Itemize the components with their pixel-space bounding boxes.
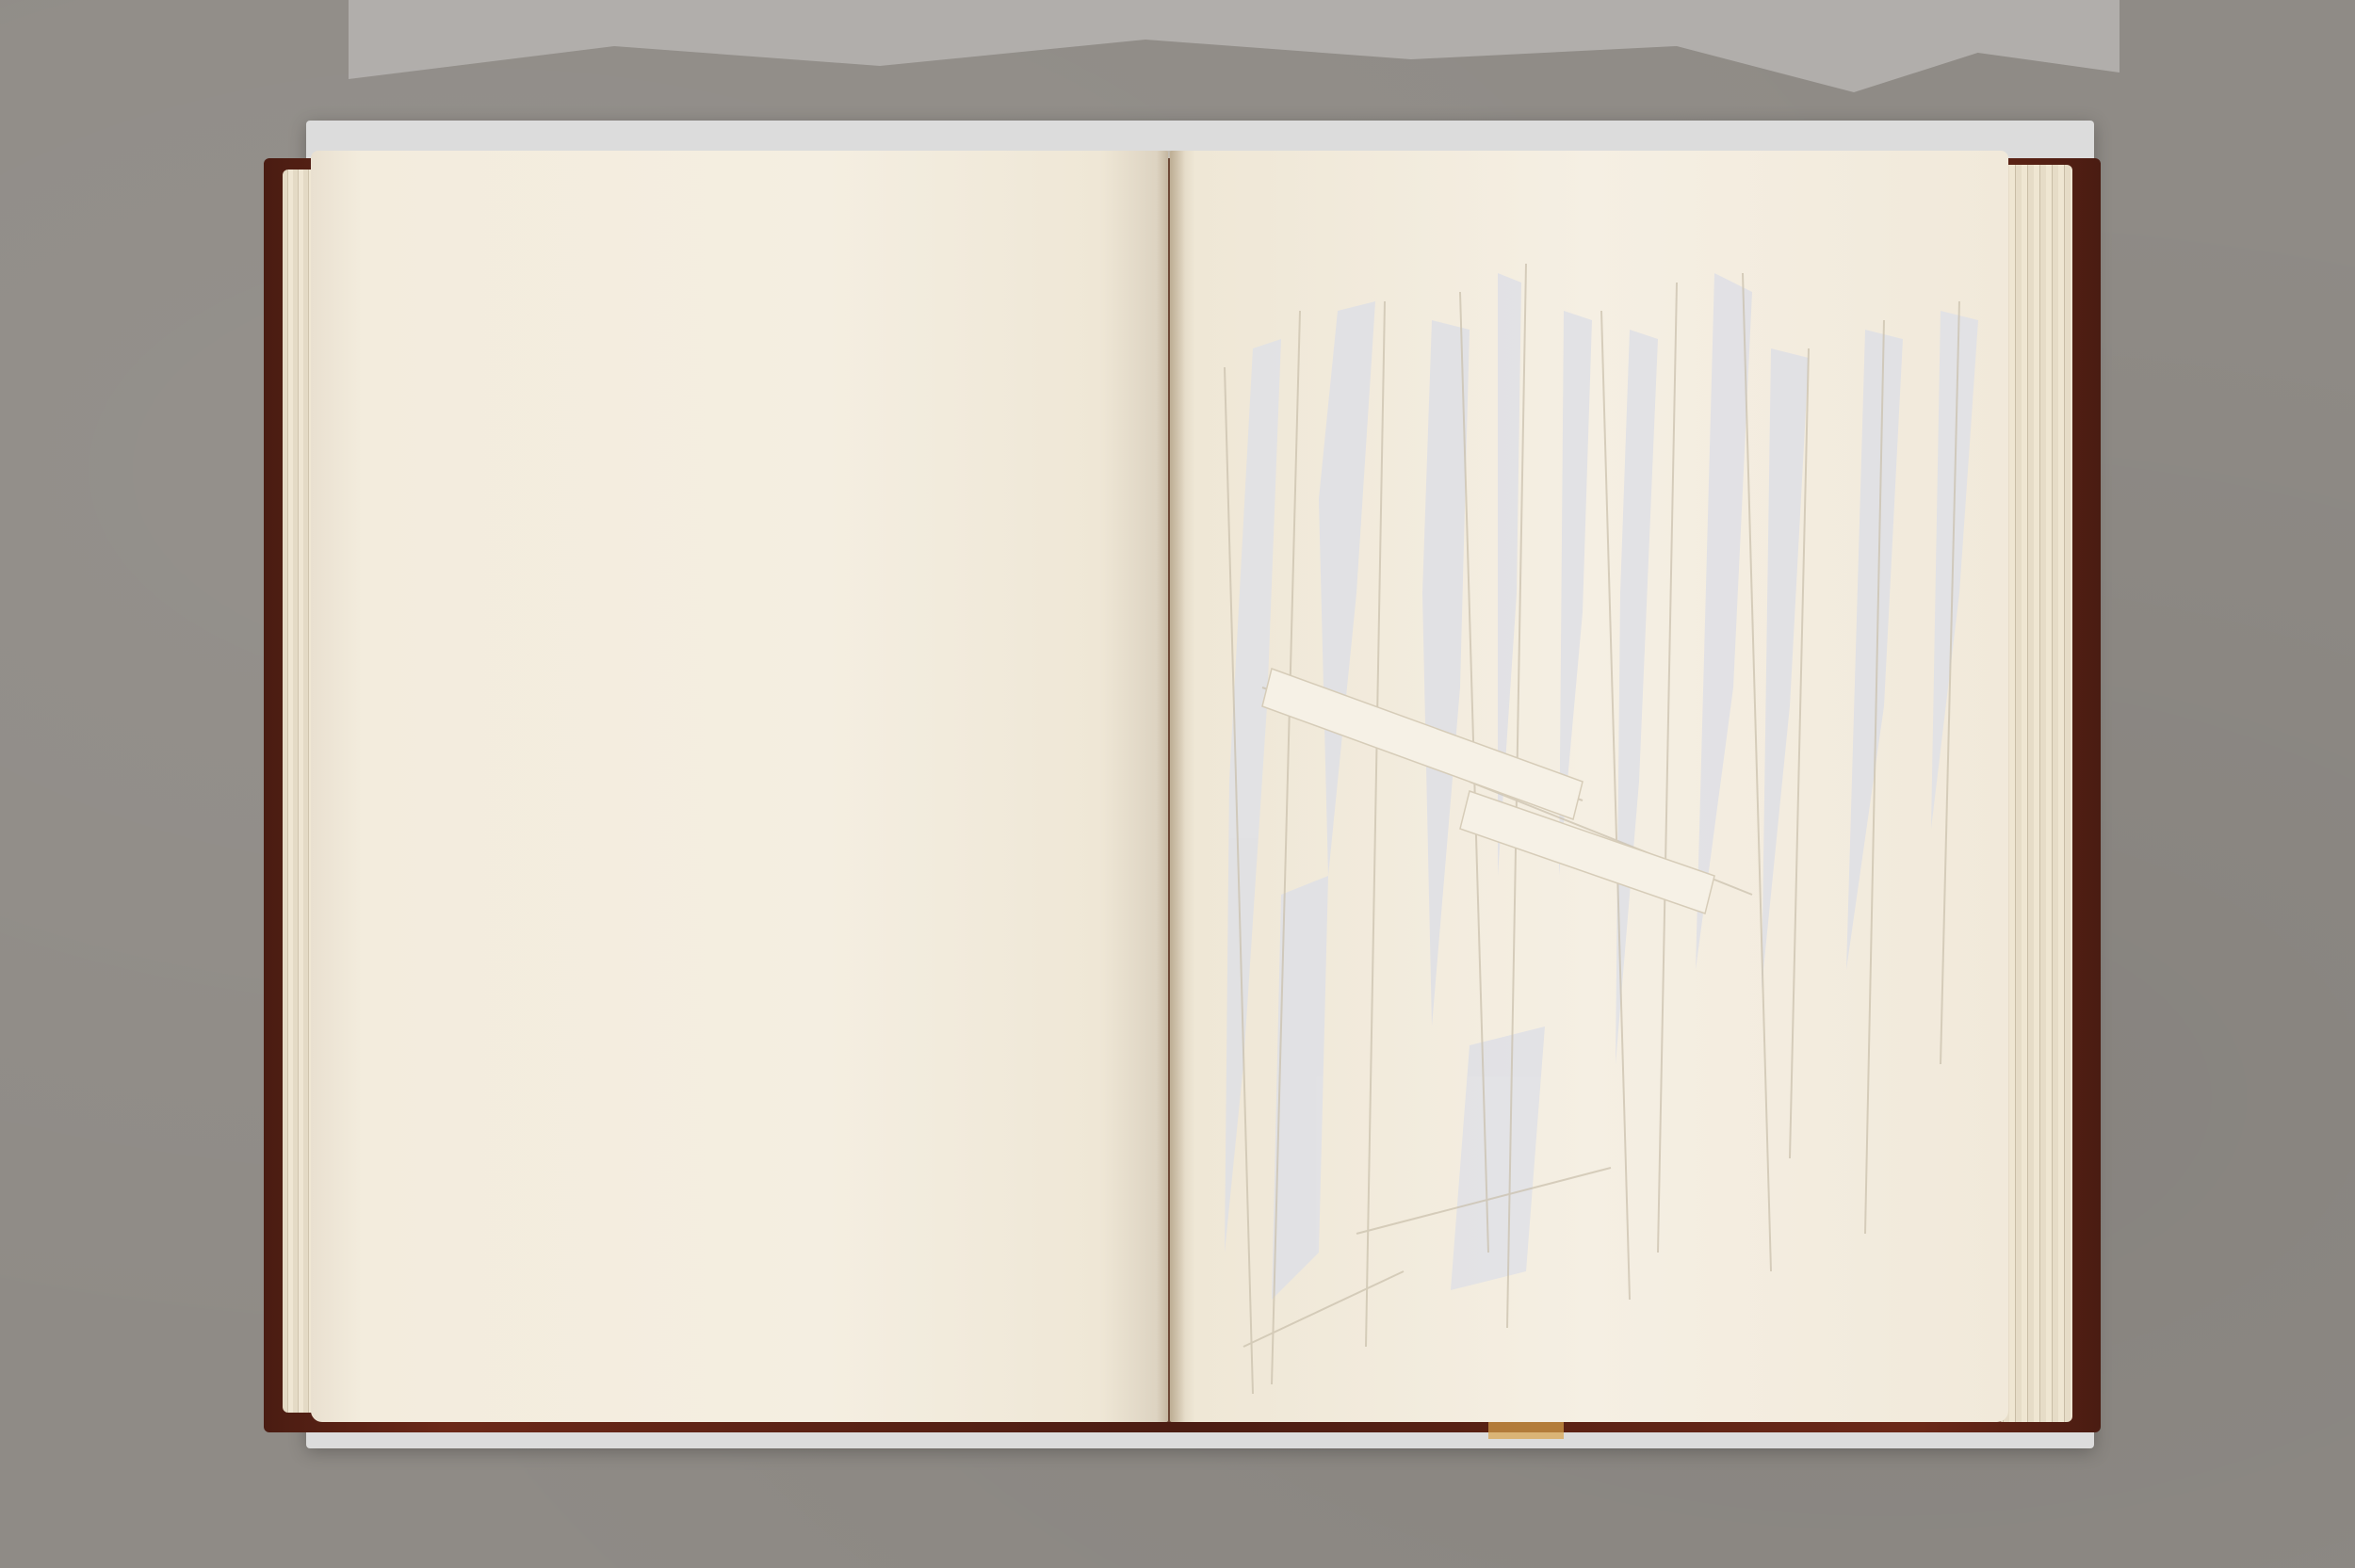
left-page bbox=[311, 151, 1168, 1422]
archive-stamp bbox=[1488, 1422, 1564, 1439]
paper-strip-collage bbox=[1187, 217, 2016, 1413]
book-gutter bbox=[1157, 151, 1185, 1422]
